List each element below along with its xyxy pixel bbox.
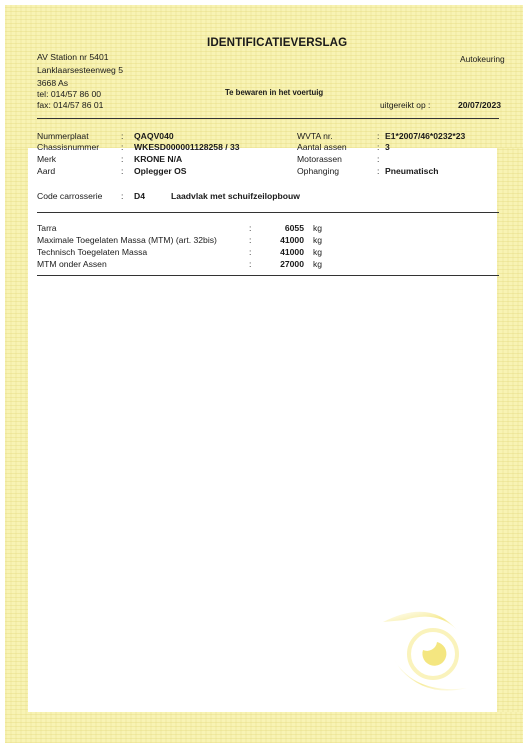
- station-city: 3668 As: [37, 79, 68, 88]
- station-tel: tel: 014/57 86 00: [37, 90, 101, 99]
- goca-logo-watermark-icon: [375, 600, 485, 700]
- separator: :: [249, 236, 251, 245]
- separator: :: [249, 224, 251, 233]
- value-ophanging: Pneumatisch: [385, 167, 439, 176]
- value-technisch-mtm: 41000: [270, 248, 304, 257]
- value-wvta: E1*2007/46*0232*23: [385, 132, 465, 141]
- label-technisch-mtm: Technisch Toegelaten Massa: [37, 248, 147, 257]
- label-ophanging: Ophanging: [297, 167, 339, 176]
- unit-mtm: kg: [313, 236, 322, 245]
- label-chassisnummer: Chassisnummer: [37, 143, 99, 152]
- document-title: IDENTIFICATIEVERSLAG: [207, 37, 347, 49]
- value-chassisnummer: WKESD000001128258 / 33: [134, 143, 240, 152]
- label-aantal-assen: Aantal assen: [297, 143, 347, 152]
- label-tarra: Tarra: [37, 224, 57, 233]
- label-aard: Aard: [37, 167, 55, 176]
- value-mtm-onder-assen: 27000: [270, 260, 304, 269]
- station-street: Lanklaarsesteenweg 5: [37, 66, 123, 75]
- label-nummerplaat: Nummerplaat: [37, 132, 89, 141]
- label-code-carrosserie: Code carrosserie: [37, 192, 102, 201]
- value-tarra: 6055: [270, 224, 304, 233]
- document-category: Autokeuring: [460, 55, 505, 63]
- divider: [37, 118, 499, 119]
- separator: :: [121, 167, 123, 176]
- value-aard: Oplegger OS: [134, 167, 187, 176]
- security-pattern-left: [5, 148, 28, 714]
- separator: :: [121, 132, 123, 141]
- separator: :: [377, 143, 379, 152]
- value-mtm: 41000: [270, 236, 304, 245]
- separator: :: [249, 260, 251, 269]
- separator: :: [377, 155, 379, 164]
- value-nummerplaat: QAQV040: [134, 132, 174, 141]
- divider: [37, 212, 499, 213]
- security-pattern-right: [497, 148, 523, 714]
- security-pattern-top: [5, 5, 523, 148]
- label-merk: Merk: [37, 155, 56, 164]
- value-body-code: D4: [134, 192, 145, 201]
- issued-date: 20/07/2023: [458, 101, 501, 110]
- unit-mtm-onder-assen: kg: [313, 260, 322, 269]
- security-pattern-bottom: [5, 712, 523, 743]
- value-merk: KRONE N/A: [134, 155, 182, 164]
- separator: :: [249, 248, 251, 257]
- value-aantal-assen: 3: [385, 143, 390, 152]
- station-fax: fax: 014/57 86 01: [37, 101, 103, 110]
- separator: :: [121, 155, 123, 164]
- value-body-description: Laadvlak met schuifzeilopbouw: [171, 192, 300, 201]
- unit-tarra: kg: [313, 224, 322, 233]
- keep-in-vehicle-notice: Te bewaren in het voertuig: [225, 89, 323, 97]
- label-motorassen: Motorassen: [297, 155, 342, 164]
- station-name: AV Station nr 5401: [37, 53, 109, 62]
- issued-label: uitgereikt op :: [380, 101, 430, 109]
- separator: :: [377, 167, 379, 176]
- separator: :: [121, 192, 123, 201]
- label-mtm: Maximale Toegelaten Massa (MTM) (art. 32…: [37, 236, 217, 245]
- separator: :: [121, 143, 123, 152]
- label-mtm-onder-assen: MTM onder Assen: [37, 260, 107, 269]
- separator: :: [377, 132, 379, 141]
- label-wvta: WVTA nr.: [297, 132, 333, 141]
- divider: [37, 275, 499, 276]
- unit-technisch-mtm: kg: [313, 248, 322, 257]
